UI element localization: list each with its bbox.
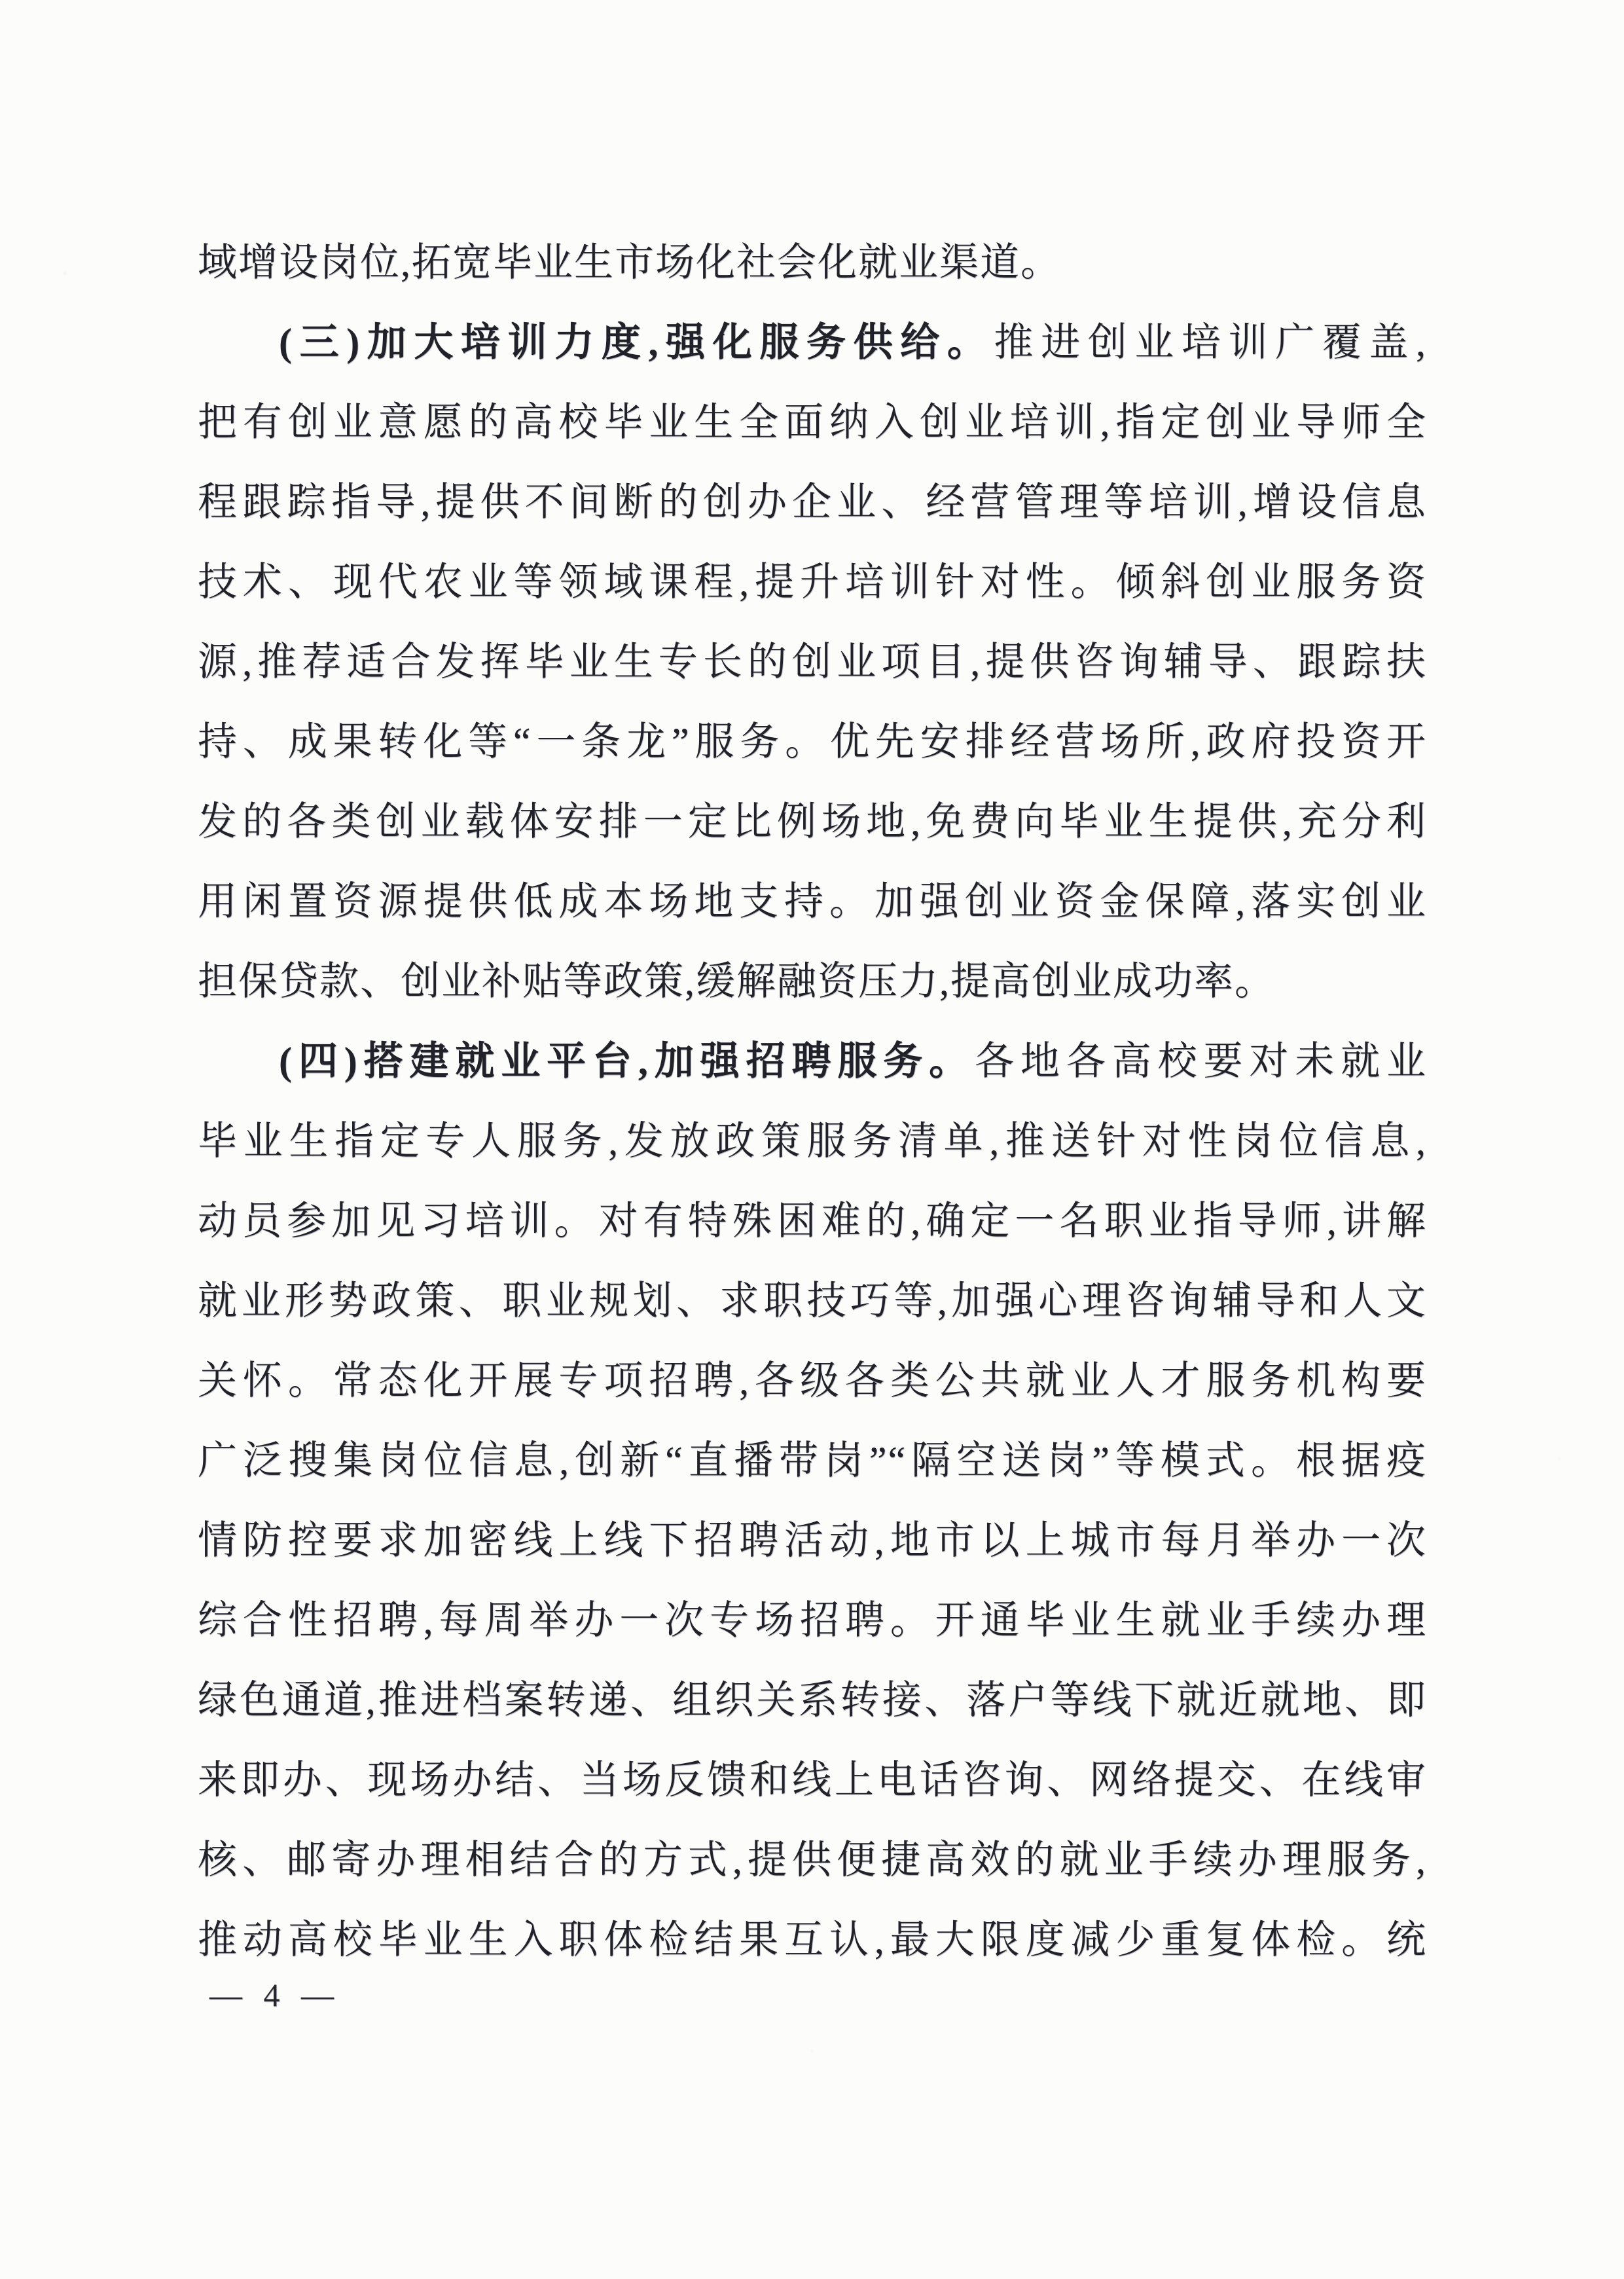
text-line: 用闲置资源提供低成本场地支持。加强创业资金保障,落实创业 <box>198 862 1427 941</box>
text-line: 持、成果转化等“一条龙”服务。优先安排经营场所,政府投资开 <box>198 702 1427 782</box>
text-line: 综合性招聘,每周举办一次专场招聘。开通毕业生就业手续办理 <box>198 1580 1427 1660</box>
text-line: 绿色通道,推进档案转递、组织关系转接、落户等线下就近就地、即 <box>198 1660 1427 1740</box>
text-line: 情防控要求加密线上线下招聘活动,地市以上城市每月举办一次 <box>198 1501 1427 1580</box>
text-line: 动员参加见习培训。对有特殊困难的,确定一名职业指导师,讲解 <box>198 1181 1427 1261</box>
text-line: 程跟踪指导,提供不间断的创办企业、经营管理等培训,增设信息 <box>198 462 1427 542</box>
text-line: 技术、现代农业等领域课程,提升培训针对性。倾斜创业服务资 <box>198 542 1427 622</box>
scanned-document-page: 域增设岗位,拓宽毕业生市场化社会化就业渠道。(三)加大培训力度,强化服务供给。推… <box>0 0 1624 2279</box>
text-line: (三)加大培训力度,强化服务供给。推进创业培训广覆盖, <box>198 302 1427 382</box>
page-number: — 4 — <box>209 1976 340 2014</box>
text-line: 担保贷款、创业补贴等政策,缓解融资压力,提高创业成功率。 <box>198 941 1427 1021</box>
text-line: 毕业生指定专人服务,发放政策服务清单,推送针对性岗位信息, <box>198 1101 1427 1181</box>
text-line: 把有创业意愿的高校毕业生全面纳入创业培训,指定创业导师全 <box>198 382 1427 462</box>
text-line: 关怀。常态化开展专项招聘,各级各类公共就业人才服务机构要 <box>198 1341 1427 1421</box>
text-line: (四)搭建就业平台,加强招聘服务。各地各高校要对未就业 <box>198 1021 1427 1101</box>
document-body: 域增设岗位,拓宽毕业生市场化社会化就业渠道。(三)加大培训力度,强化服务供给。推… <box>198 223 1427 1980</box>
section-heading: (三)加大培训力度,强化服务供给。 <box>279 321 994 364</box>
text-line: 来即办、现场办结、当场反馈和线上电话咨询、网络提交、在线审 <box>198 1740 1427 1820</box>
text-line: 核、邮寄办理相结合的方式,提供便捷高效的就业手续办理服务, <box>198 1820 1427 1900</box>
text-line: 就业形势政策、职业规划、求职技巧等,加强心理咨询辅导和人文 <box>198 1261 1427 1341</box>
text-line: 广泛搜集岗位信息,创新“直播带岗”“隔空送岗”等模式。根据疫 <box>198 1421 1427 1501</box>
text-line: 推动高校毕业生入职体检结果互认,最大限度减少重复体检。统 <box>198 1900 1427 1980</box>
text-line: 域增设岗位,拓宽毕业生市场化社会化就业渠道。 <box>198 223 1427 302</box>
text-line: 发的各类创业载体安排一定比例场地,免费向毕业生提供,充分利 <box>198 782 1427 862</box>
text-line: 源,推荐适合发挥毕业生专长的创业项目,提供咨询辅导、跟踪扶 <box>198 622 1427 702</box>
section-heading: (四)搭建就业平台,加强招聘服务。 <box>279 1040 975 1083</box>
